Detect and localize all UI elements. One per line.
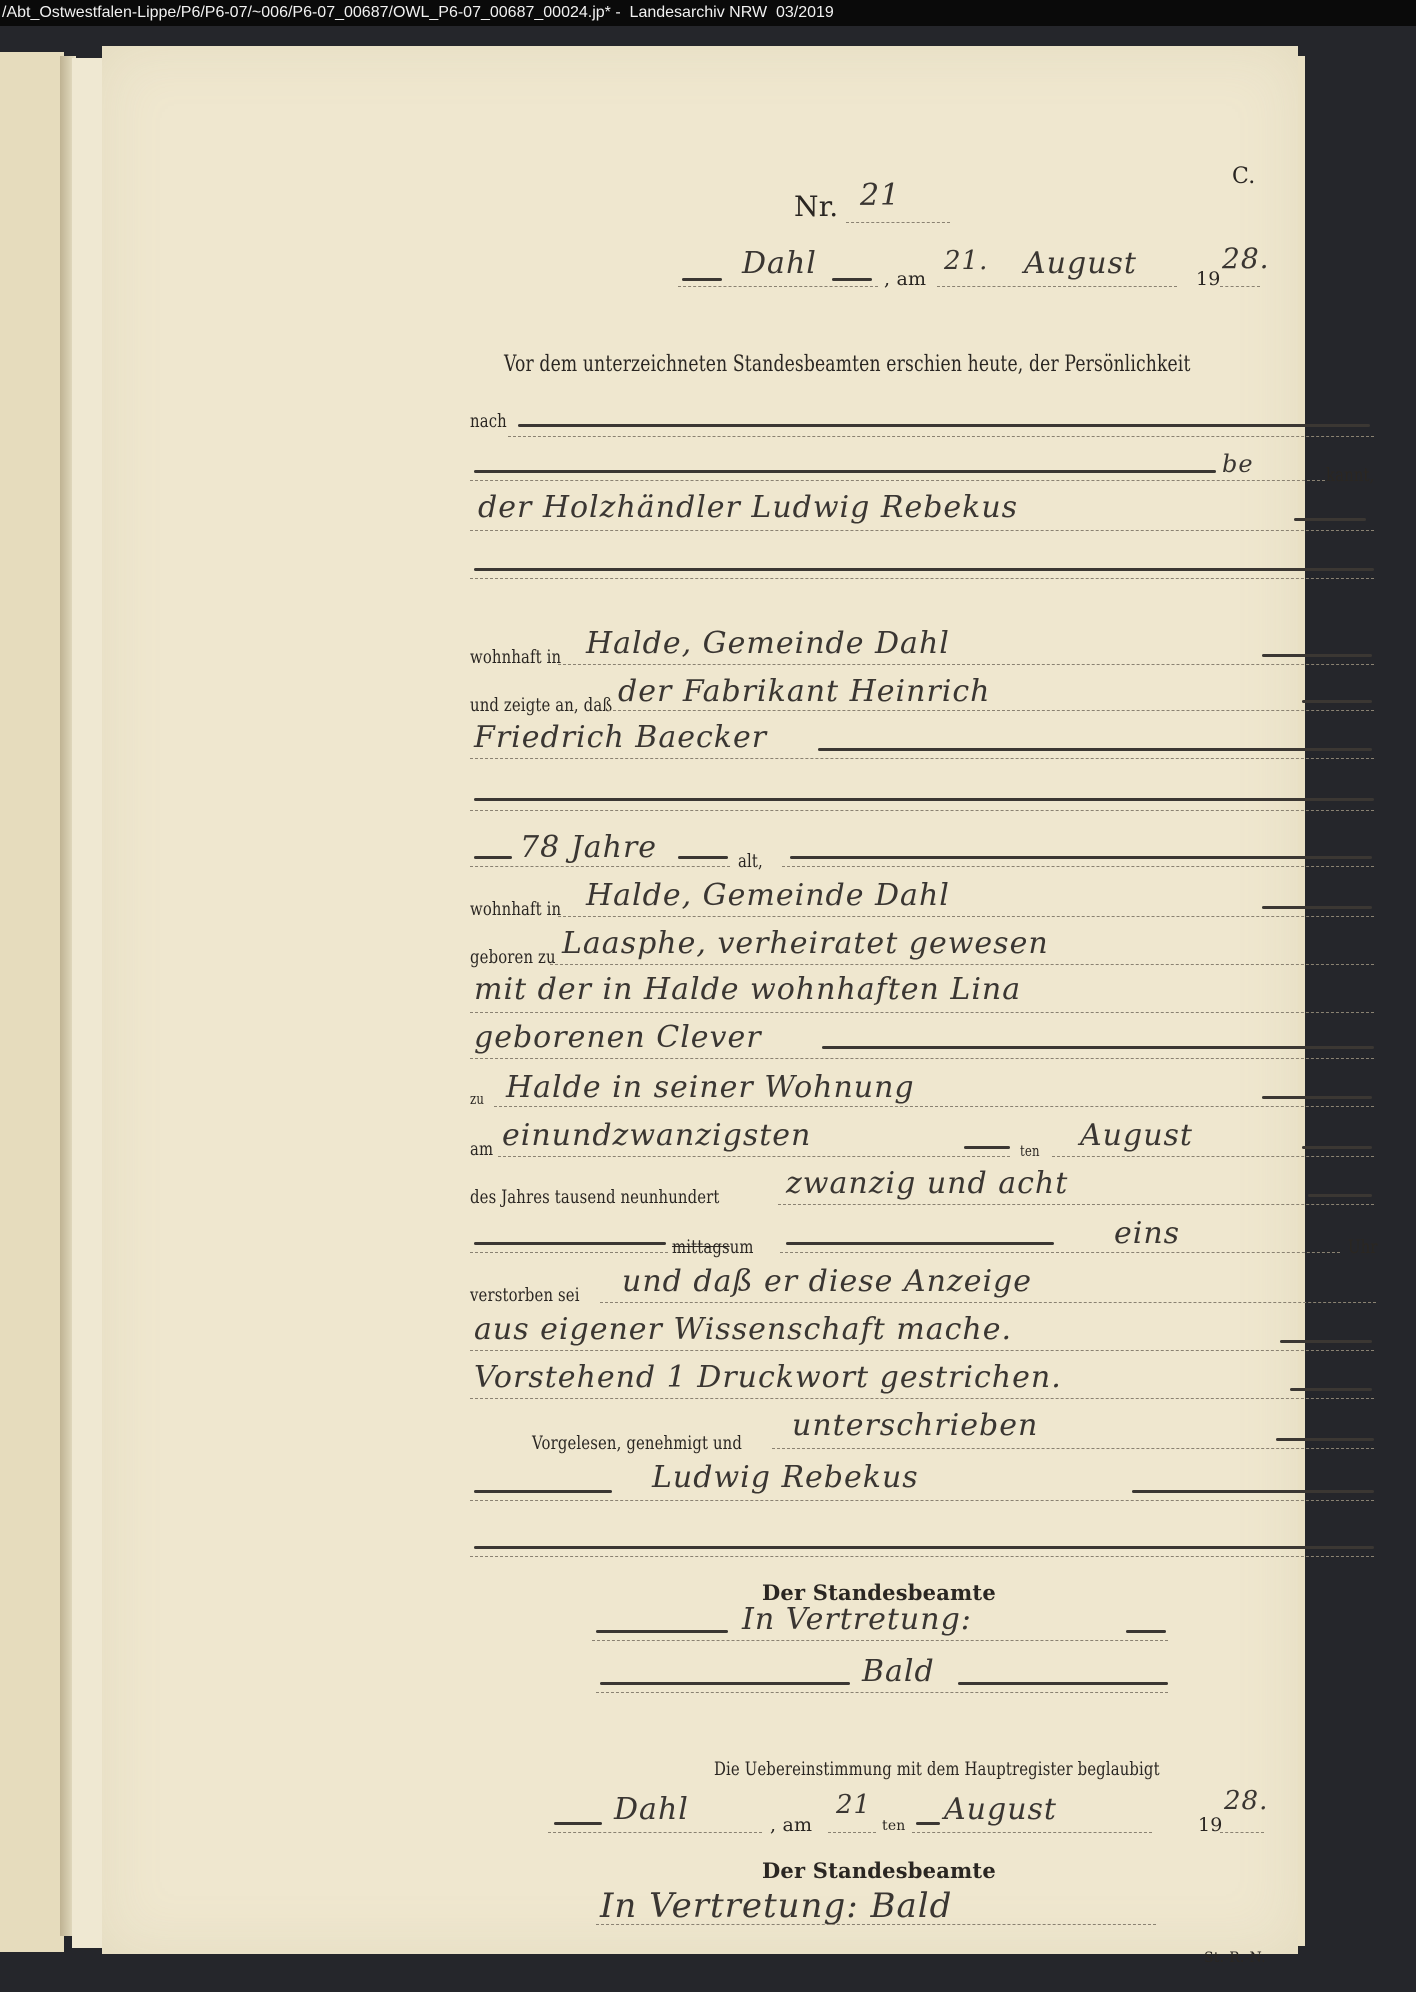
read-approved-label: Vorgelesen, genehmigt und — [532, 1432, 742, 1454]
deceased-residence-label: wohnhaft in — [470, 898, 561, 920]
uhr-label: Uhr — [1348, 1236, 1378, 1258]
header-am-label: , am — [884, 268, 926, 290]
remark-line2: aus eigener Wissenschaft mache. — [474, 1312, 1012, 1347]
remark-line1: und daß er diese Anzeige — [622, 1264, 1032, 1299]
place-of-death-label: zu — [470, 1090, 484, 1108]
death-year-label: des Jahres tausend neunhundert — [470, 1186, 720, 1208]
form-code: St.-R.-N. — [1204, 1950, 1266, 1966]
header-year: 28. — [1222, 242, 1270, 275]
born-line3: geborenen Clever — [474, 1020, 762, 1055]
header-day: 21. — [944, 246, 988, 276]
cert-month: August — [944, 1792, 1057, 1827]
deceased-residence: Halde, Gemeinde Dahl — [586, 878, 950, 913]
born-line2: mit der in Halde wohnhaften Lina — [474, 972, 1021, 1007]
ten-label: ten — [1020, 1142, 1040, 1160]
informant-signature: Ludwig Rebekus — [652, 1460, 919, 1495]
place-of-death: Halde in seiner Wohnung — [506, 1070, 915, 1105]
cert-registrar-heading: Der Standesbeamte — [762, 1858, 996, 1883]
known-suffix: be — [1222, 450, 1254, 478]
mittags-struck: mittags — [672, 1236, 730, 1258]
corner-mark: C. — [1232, 164, 1255, 189]
page-stub — [72, 58, 103, 1948]
header-month: August — [1024, 246, 1137, 281]
death-year: zwanzig und acht — [786, 1166, 1068, 1201]
born-line1: Laasphe, verheiratet gewesen — [562, 926, 1049, 961]
intro-text: Vor dem unterzeichneten Standesbeamten e… — [504, 352, 1191, 377]
deceased-age: 78 Jahre — [520, 830, 657, 865]
registrar-signature: Bald — [862, 1654, 935, 1689]
um-label: um — [730, 1236, 754, 1258]
informant-residence-label: wohnhaft in — [470, 646, 561, 668]
deceased-name-line2: Friedrich Baecker — [474, 720, 767, 755]
informant-name: der Holzhändler Ludwig Rebekus — [478, 490, 1018, 525]
civil-register-death-record: C. Nr. 21 Dahl , am 21. August 19 28. Vo… — [102, 46, 1298, 1954]
known-label: kannt, — [1326, 464, 1375, 486]
read-approved-value: unterschrieben — [792, 1408, 1038, 1443]
previous-page-edge — [0, 52, 64, 1952]
nach-label: nach — [470, 410, 507, 432]
window-title-bar: /Abt_Ostwestfalen-Lippe/P6/P6-07/~006/P6… — [0, 0, 1416, 26]
reported-label: und zeigte an, daß — [470, 694, 612, 716]
deceased-name-line1: der Fabrikant Heinrich — [618, 674, 991, 709]
death-day: einundzwanzigsten — [502, 1118, 811, 1153]
registrar-deputy: In Vertretung: — [742, 1602, 972, 1637]
cert-day: 21 — [836, 1790, 871, 1820]
cert-year-prefix: 19 — [1198, 1814, 1223, 1836]
header-year-prefix: 19 — [1196, 268, 1221, 290]
time-of-day-label: mittagsum — [672, 1236, 754, 1258]
record-number-label: Nr. — [794, 190, 838, 223]
cert-ten-label: ten — [882, 1818, 906, 1834]
died-label: verstorben sei — [470, 1284, 580, 1306]
age-label: alt, — [738, 850, 763, 872]
record-number: 21 — [860, 178, 900, 213]
certification-text: Die Uebereinstimmung mit dem Hauptregist… — [714, 1758, 1160, 1780]
cert-year: 28. — [1224, 1786, 1268, 1816]
cert-registrar-signature: In Vertretung: Bald — [600, 1886, 952, 1926]
born-label: geboren zu — [470, 946, 556, 968]
death-hour: eins — [1114, 1216, 1180, 1251]
death-day-label: am — [470, 1138, 493, 1160]
header-place: Dahl — [742, 246, 817, 281]
cert-am-label: , am — [770, 1814, 812, 1836]
remark-line3: Vorstehend 1 Druckwort gestrichen. — [474, 1360, 1062, 1395]
death-month: August — [1080, 1118, 1193, 1153]
cert-place: Dahl — [614, 1792, 689, 1827]
informant-residence: Halde, Gemeinde Dahl — [586, 626, 950, 661]
